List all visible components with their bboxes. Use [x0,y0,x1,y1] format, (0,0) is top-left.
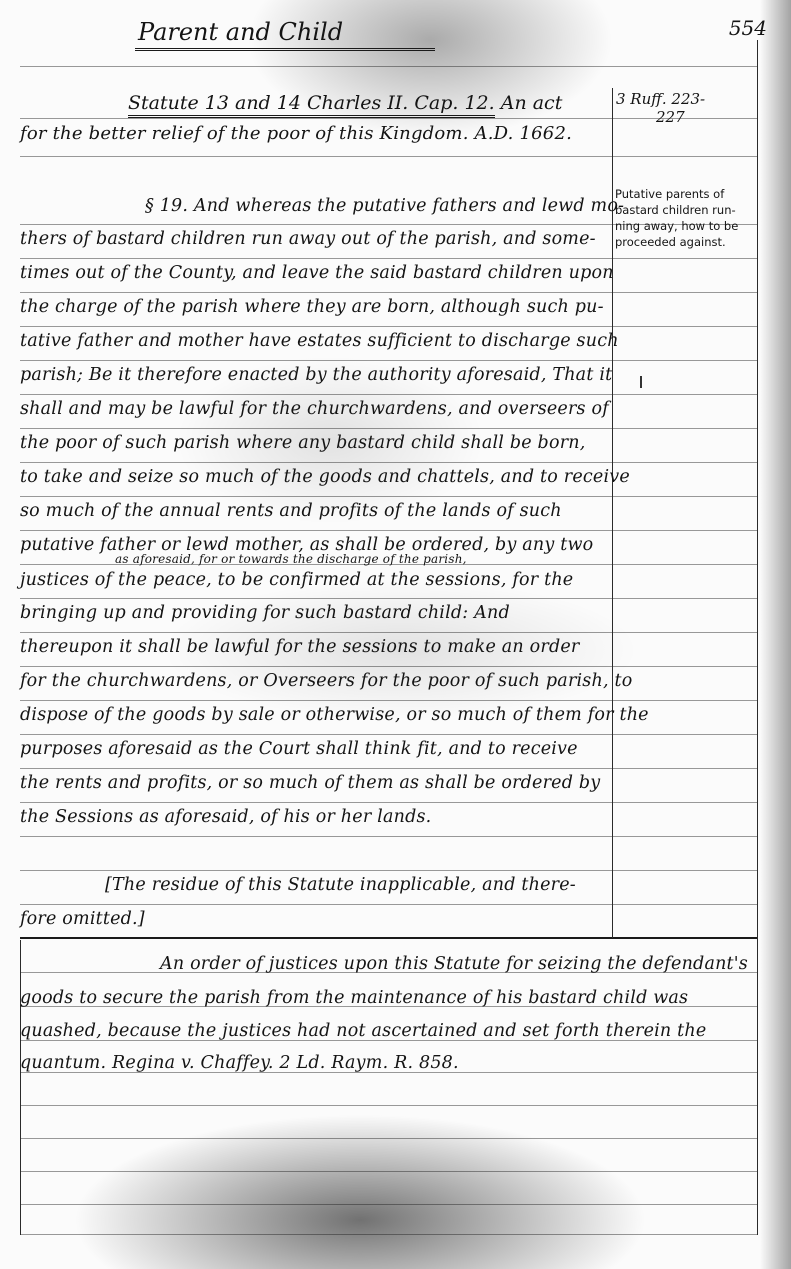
body-line: tative father and mother have estates su… [20,331,610,351]
body-line: the Sessions as aforesaid, of his or her… [20,807,610,827]
body-line: the poor of such parish where any bastar… [20,433,610,453]
ruled-line [20,326,757,327]
body-line: justices of the peace, to be confirmed a… [20,570,610,590]
ruled-line [20,1105,757,1106]
ruled-line [20,1204,757,1205]
ruled-line [20,530,757,531]
margin-reference-line2: 227 [616,108,756,126]
ruled-line [20,870,757,871]
ruled-line [20,66,757,67]
margin-note-line: proceeded against. [615,234,755,250]
ruled-line [20,1171,757,1172]
manuscript-page: Parent and Child 554 Statute 13 and 14 C… [0,0,791,1269]
case-note-line: quantum. Regina v. Chaffey. 2 Ld. Raym. … [20,1053,760,1073]
ruled-line [20,258,757,259]
body-line: purposes aforesaid as the Court shall th… [20,739,610,759]
page-number: 554 [729,16,767,40]
statute-citation: Statute 13 and 14 Charles II. Cap. 12. [128,92,495,118]
ruled-line [20,904,757,905]
ruled-line [20,1234,757,1235]
ruled-line [20,428,757,429]
body-line: thers of bastard children run away out o… [20,229,610,249]
ruled-line [20,496,757,497]
ruled-line [20,734,757,735]
ruled-line [20,394,757,395]
body-line: dispose of the goods by sale or otherwis… [20,705,610,725]
statute-heading-rest: An act [495,92,563,114]
case-note-line: quashed, because the justices had not as… [20,1021,760,1041]
ruled-line [20,462,757,463]
ruled-line [20,836,757,837]
margin-reference: 3 Ruff. 223- 227 [616,90,756,126]
margin-tick-mark [640,376,642,388]
residue-note-line1: [The residue of this Statute inapplicabl… [105,875,610,895]
body-line: times out of the County, and leave the s… [20,263,610,283]
body-line: so much of the annual rents and profits … [20,501,610,521]
interlineation: as aforesaid, for or towards the dischar… [115,552,705,566]
margin-note-line: ning away, how to be [615,218,755,234]
ruled-line [20,156,757,157]
ruled-line [20,666,757,667]
margin-note-line: bastard children run- [615,202,755,218]
margin-reference-line1: 3 Ruff. 223- [616,90,705,108]
ruled-line [20,632,757,633]
ruled-line [20,1138,757,1139]
ruled-line [20,292,757,293]
statute-heading: Statute 13 and 14 Charles II. Cap. 12. A… [128,92,562,114]
page-title: Parent and Child [135,18,435,51]
ruled-line [20,700,757,701]
left-margin-line [20,940,21,1235]
margin-note-line: Putative parents of [615,186,755,202]
case-note-line: goods to secure the parish from the main… [20,988,760,1008]
body-line: shall and may be lawful for the churchwa… [20,399,610,419]
case-note-line: An order of justices upon this Statute f… [160,954,740,974]
body-line: § 19. And whereas the putative fathers a… [145,196,610,216]
body-line: the charge of the parish where they are … [20,297,610,317]
body-line: the rents and profits, or so much of the… [20,773,610,793]
residue-note-line2: fore omitted.] [20,909,610,929]
ruled-line [20,768,757,769]
ruled-line [20,802,757,803]
body-line: for the churchwardens, or Overseers for … [20,671,610,691]
body-line: thereupon it shall be lawful for the ses… [20,637,610,657]
ruled-line [20,598,757,599]
section-divider [20,937,757,939]
body-line: parish; Be it therefore enacted by the a… [20,365,610,385]
body-line: bringing up and providing for such basta… [20,603,610,623]
margin-note: Putative parents of bastard children run… [615,186,755,250]
statute-heading-line2: for the better relief of the poor of thi… [20,124,610,144]
ruled-line [20,360,757,361]
body-line: to take and seize so much of the goods a… [20,467,610,487]
